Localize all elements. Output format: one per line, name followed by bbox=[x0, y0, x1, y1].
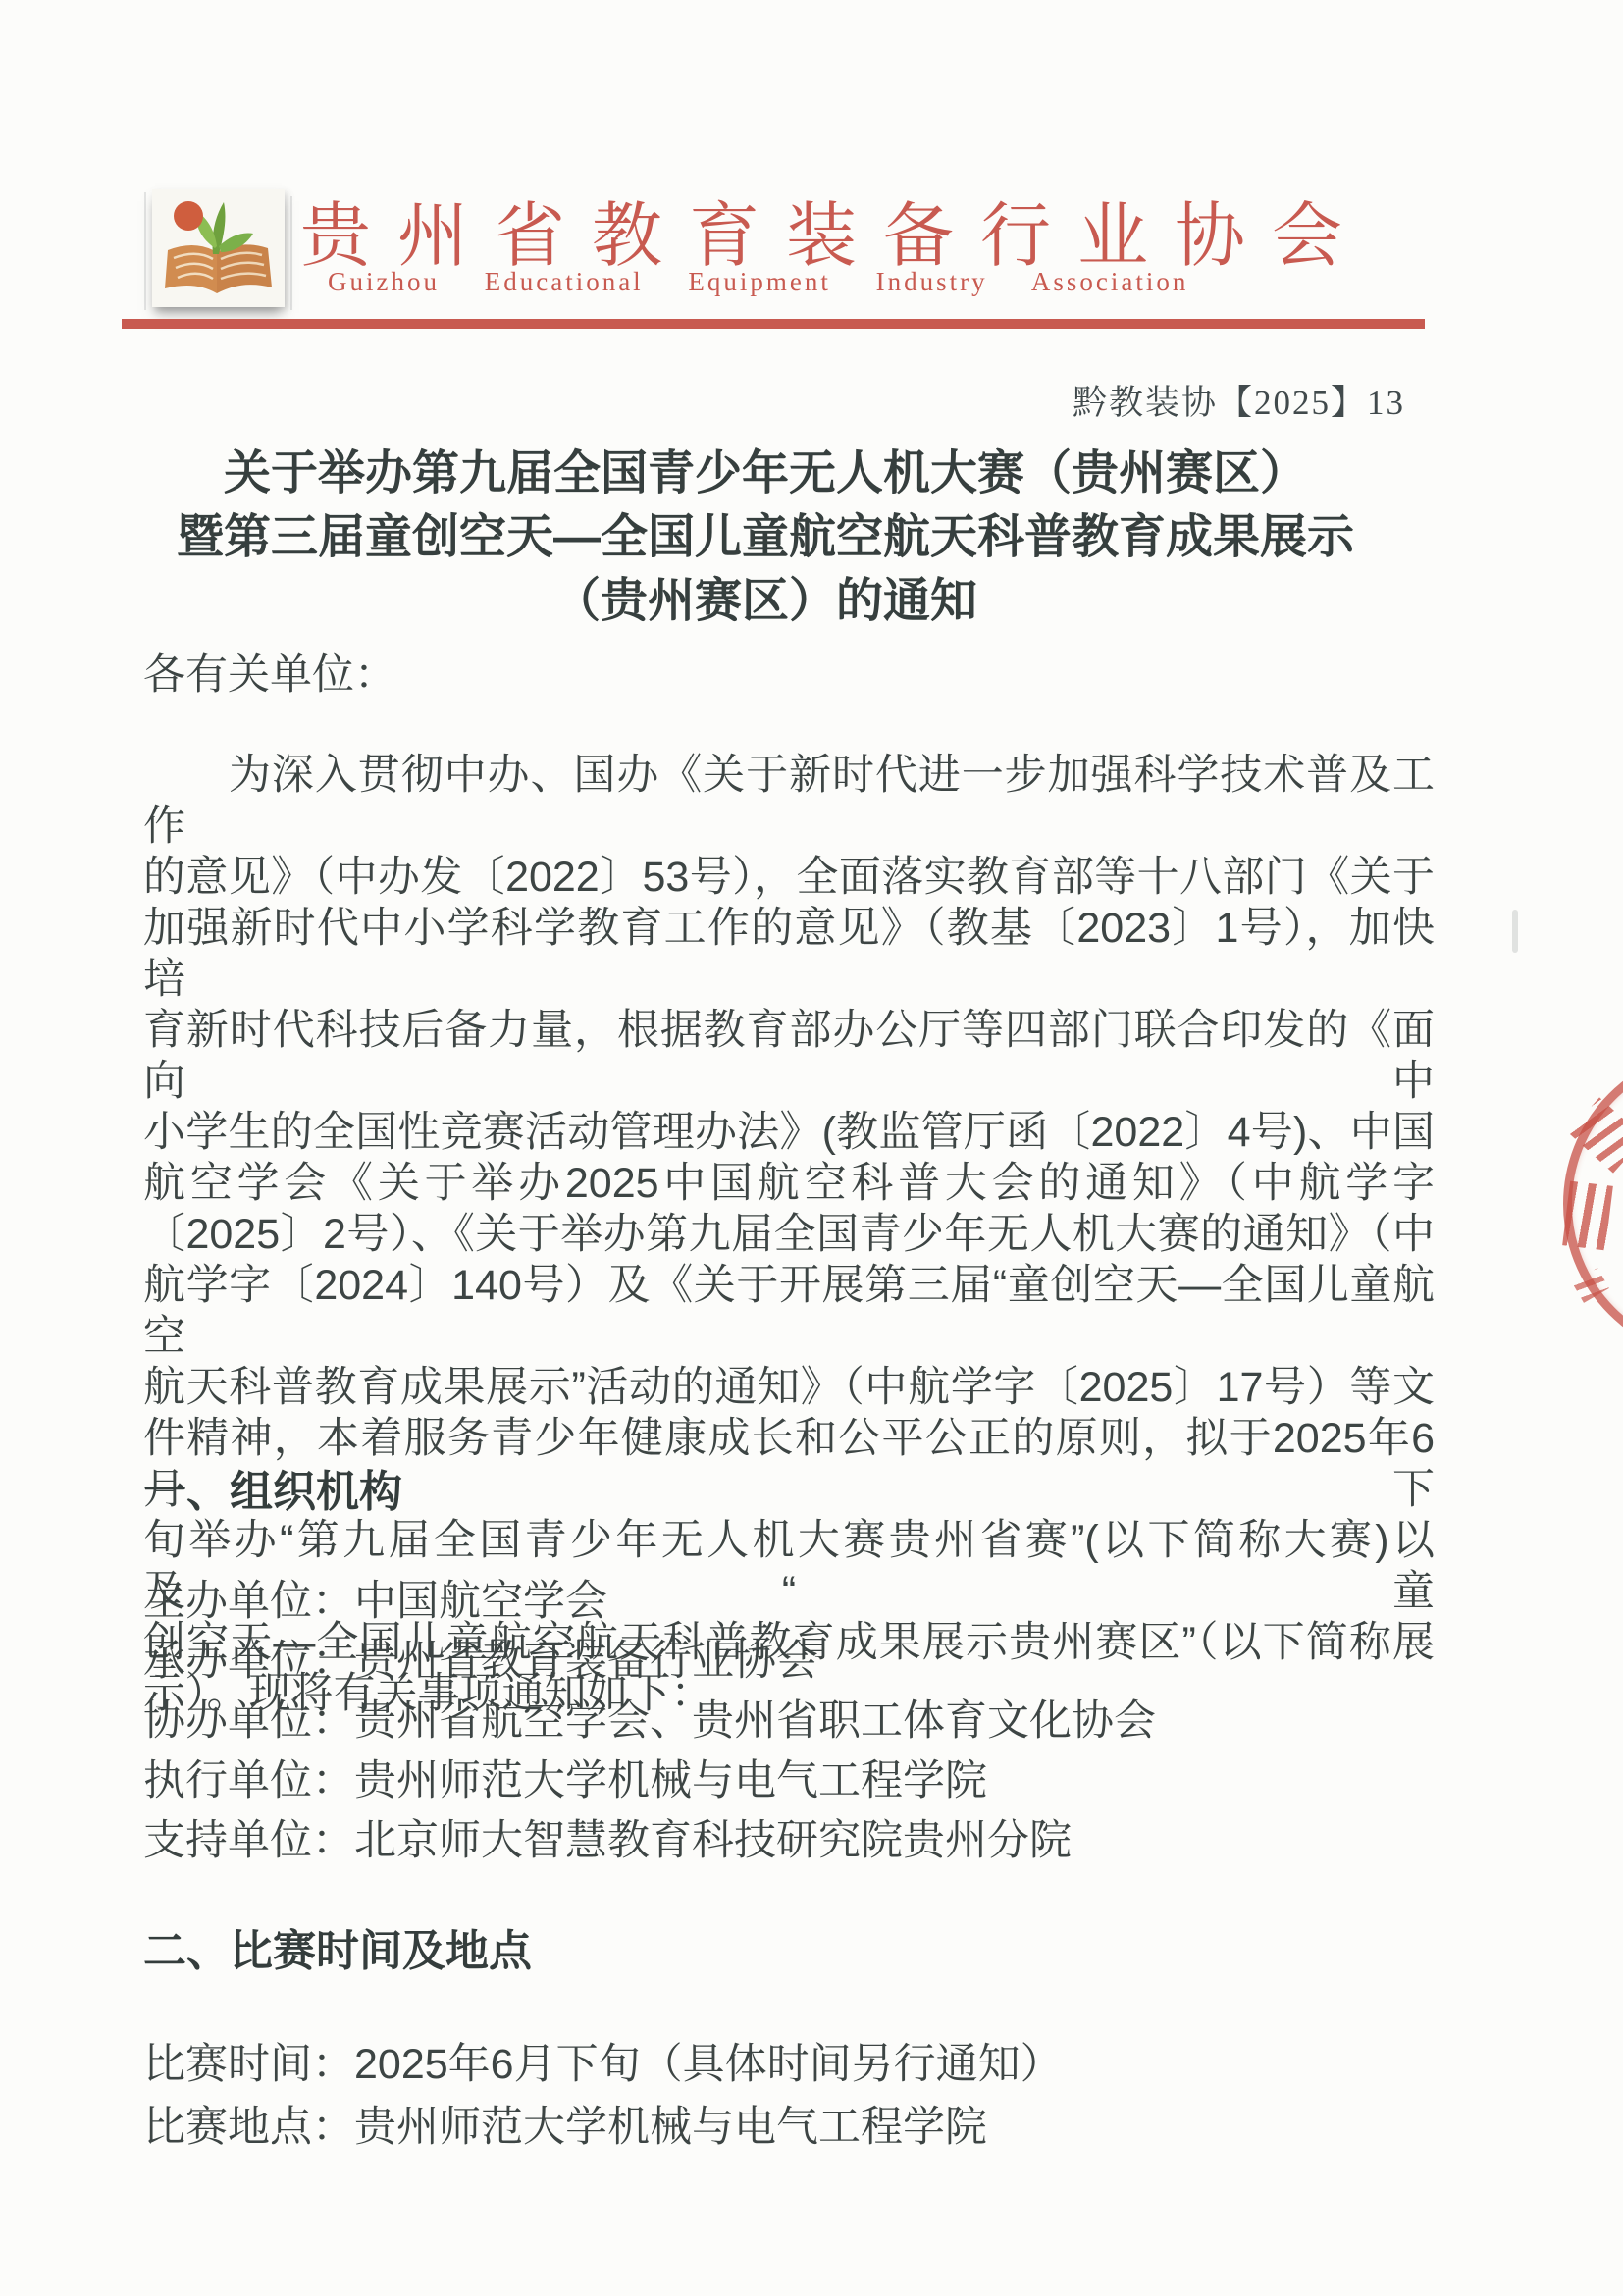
body-line: 加强新时代中小学科学教育工作的意见》（教基〔2023〕1号），加快培 bbox=[143, 903, 1435, 1005]
body-line: 育新时代科技后备力量，根据教育部办公厅等四部门联合印发的《面向中 bbox=[143, 1005, 1435, 1107]
org-name-english: Guizhou Educational Equipment Industry A… bbox=[328, 267, 1188, 297]
document-page: 贵州省教育装备行业协会 Guizhou Educational Equipmen… bbox=[0, 0, 1623, 2296]
organizer-list: 主办单位：中国航空学会 承办单位：贵州省教育装备行业协会 协办单位：贵州省航空学… bbox=[143, 1572, 1517, 1871]
competition-time-line: 比赛时间：2025年6月下旬（具体时间另行通知） bbox=[143, 2031, 1063, 2091]
competition-location-line: 比赛地点：贵州师范大学机械与电气工程学院 bbox=[143, 2094, 987, 2154]
scan-artifact-line bbox=[290, 196, 292, 310]
document-number: 黔教装协【2025】13 bbox=[0, 376, 1405, 425]
body-line: 航学字〔2024〕140号）及《关于开展第三届“童创空天—全国儿童航空 bbox=[143, 1260, 1435, 1362]
body-line: 航天科普教育成果展示”活动的通知》（中航学字〔2025〕17号）等文 bbox=[143, 1362, 1435, 1413]
salutation: 各有关单位： bbox=[143, 642, 396, 702]
title-line: 关于举办第九届全国青少年无人机大赛（贵州赛区） bbox=[59, 442, 1472, 505]
association-logo bbox=[152, 189, 285, 307]
book-sprout-logo-graphic bbox=[152, 189, 285, 307]
body-line: 〔2025〕2号）、《关于举办第九届全国青少年无人机大赛的通知》（中 bbox=[143, 1209, 1435, 1260]
section-2-heading: 二、比赛时间及地点 bbox=[143, 1915, 532, 1978]
organizer-item: 主办单位：中国航空学会 bbox=[143, 1572, 1517, 1632]
scan-artifact-line bbox=[144, 192, 146, 310]
org-name-chinese: 贵州省教育装备行业协会 bbox=[300, 200, 1369, 273]
header-divider bbox=[122, 319, 1425, 329]
notice-title: 关于举办第九届全国青少年无人机大赛（贵州赛区） 暨第三届童创空天—全国儿童航空航… bbox=[59, 442, 1472, 633]
organizer-item: 承办单位：贵州省教育装备行业协会 bbox=[143, 1632, 1517, 1692]
body-line: 小学生的全国性竞赛活动管理办法》(教监管厅函〔2022〕4号)、中国 bbox=[143, 1107, 1435, 1158]
organizer-item: 支持单位：北京师大智慧教育科技研究院贵州分院 bbox=[143, 1811, 1517, 1871]
title-line: （贵州赛区）的通知 bbox=[59, 569, 1472, 633]
body-line: 为深入贯彻中办、国办《关于新时代进一步加强科学技术普及工作 bbox=[143, 750, 1435, 852]
body-line: 的意见》（中办发〔2022〕53号），全面落实教育部等十八部门《关于 bbox=[143, 852, 1435, 903]
organizer-item: 执行单位：贵州师范大学机械与电气工程学院 bbox=[143, 1751, 1517, 1811]
sun-icon bbox=[174, 201, 203, 231]
title-line: 暨第三届童创空天—全国儿童航空航天科普教育成果展示 bbox=[59, 505, 1472, 569]
organizer-item: 协办单位：贵州省航空学会、贵州省职工体育文化协会 bbox=[143, 1692, 1517, 1751]
body-line: 航空学会《关于举办2025中国航空科普大会的通知》（中航学字 bbox=[143, 1158, 1435, 1209]
section-1-heading: 一、组织机构 bbox=[143, 1456, 402, 1519]
scan-artifact bbox=[1512, 910, 1518, 953]
seal-character-mark bbox=[1562, 1181, 1613, 1251]
